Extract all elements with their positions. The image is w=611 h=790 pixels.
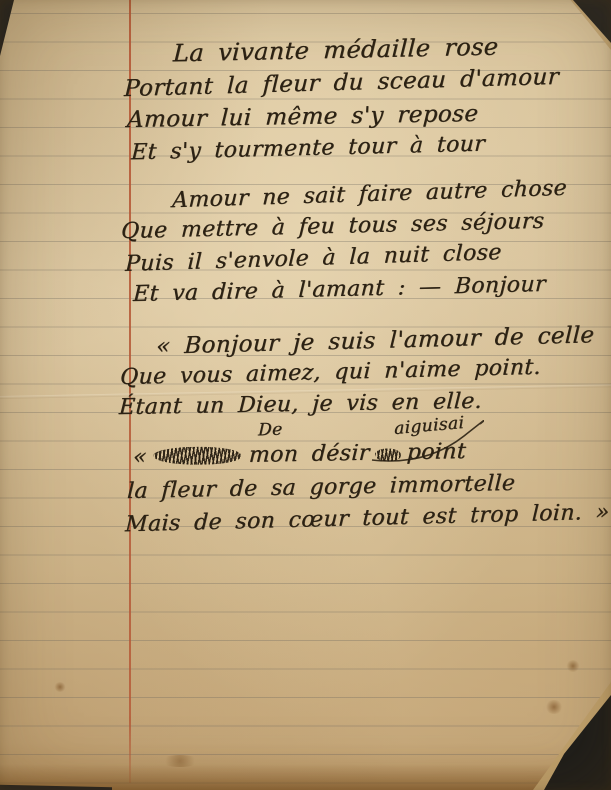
paper-stain — [566, 660, 580, 672]
aged-bottom-edge — [0, 764, 611, 790]
paper-stain — [545, 700, 563, 714]
paper-stain — [54, 682, 66, 692]
poem-stanza4-line1-end: point — [406, 439, 467, 465]
scribbled-out-word-small — [374, 448, 401, 461]
open-quote: « — [132, 445, 147, 470]
scribbled-out-word — [152, 446, 241, 466]
poem-insertion-de: De — [258, 420, 283, 441]
scanned-manuscript: La vivante médaille rose Portant la fleu… — [0, 0, 611, 790]
poem-stanza4-line1-text: mon désir — [248, 441, 370, 468]
